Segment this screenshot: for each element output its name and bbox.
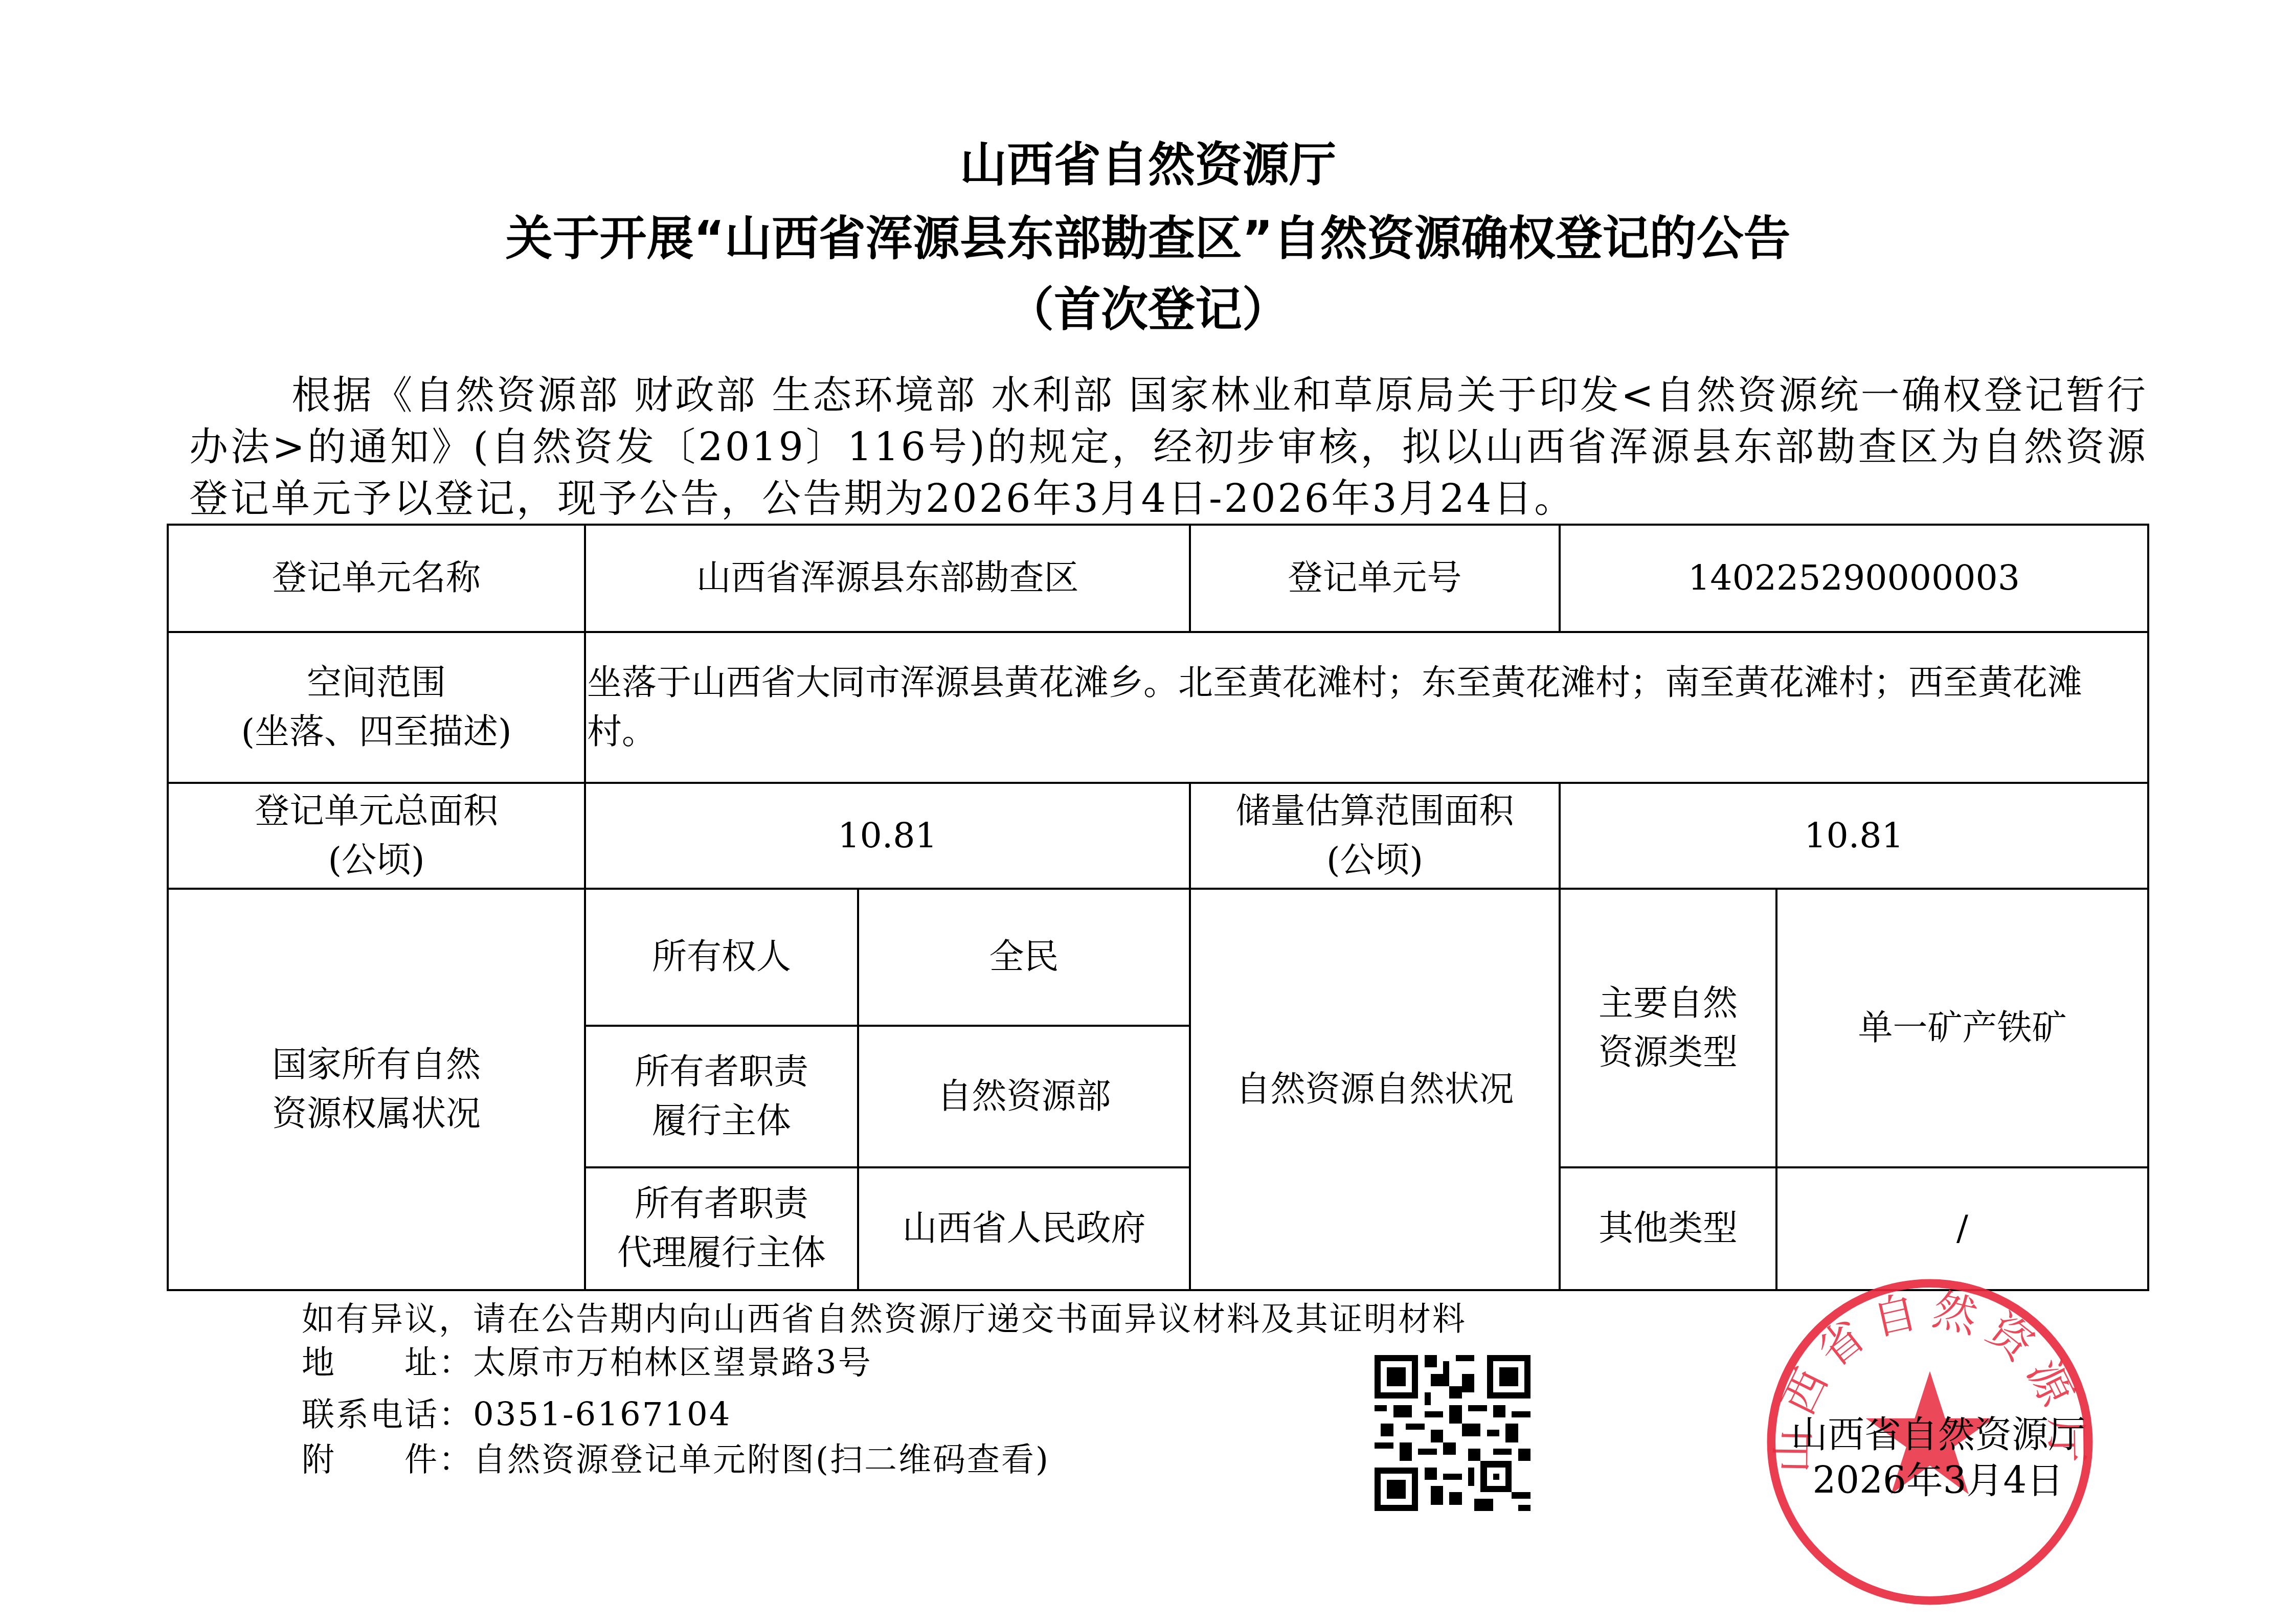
table-row: 登记单元名称 山西省浑源县东部勘查区 登记单元号 140225290000003 — [168, 525, 2148, 632]
signature-date: 2026年3月4日 — [1754, 1457, 2122, 1503]
duty-subject-label: 所有者职责履行主体 — [585, 1026, 858, 1167]
table-row: 国家所有自然资源权属状况 所有权人 全民 自然资源自然状况 主要自然资源类型 单… — [168, 889, 2148, 1026]
qr-code-icon[interactable] — [1375, 1355, 1530, 1511]
phone-line: 联系电话：0351-6167104 — [302, 1394, 732, 1435]
objection-note: 如有异议，请在公告期内向山西省自然资源厅递交书面异议材料及其证明材料 — [302, 1299, 1467, 1340]
total-area-label-line1: 登记单元总面积 — [176, 787, 577, 836]
reserve-area-value: 10.81 — [1560, 783, 2148, 889]
attachment-label: 附 件： — [302, 1441, 473, 1479]
scope-label-line2: (坐落、四至描述) — [176, 708, 577, 757]
proxy-subject-label-line1: 所有者职责 — [593, 1180, 850, 1229]
agency-title: 山西省自然资源厅 — [0, 134, 2296, 196]
scope-label-line1: 空间范围 — [176, 659, 577, 708]
page-subtitle: （首次登记） — [0, 279, 2296, 341]
unit-name-label: 登记单元名称 — [168, 525, 585, 632]
other-type-label: 其他类型 — [1560, 1167, 1776, 1290]
natural-status-label: 自然资源自然状况 — [1190, 889, 1560, 1290]
intro-paragraph: 根据《自然资源部 财政部 生态环境部 水利部 国家林业和草原局关于印发<自然资源… — [189, 369, 2148, 524]
attachment-line: 附 件：自然资源登记单元附图(扫二维码查看) — [302, 1439, 1050, 1480]
total-area-value: 10.81 — [585, 783, 1190, 889]
table-row: 登记单元总面积(公顷) 10.81 储量估算范围面积(公顷) 10.81 — [168, 783, 2148, 889]
signature-org: 山西省自然资源厅 — [1754, 1411, 2122, 1457]
unit-name-value: 山西省浑源县东部勘查区 — [585, 525, 1190, 632]
owner-label: 所有权人 — [585, 889, 858, 1026]
reserve-area-label-line1: 储量估算范围面积 — [1198, 787, 1551, 836]
phone-value: 0351-6167104 — [473, 1396, 732, 1434]
address-line: 地 址：太原市万柏林区望景路3号 — [302, 1342, 872, 1383]
scope-value: 坐落于山西省大同市浑源县黄花滩乡。北至黄花滩村；东至黄花滩村；南至黄花滩村；西至… — [585, 632, 2148, 783]
total-area-label-line2: (公顷) — [176, 836, 577, 885]
table-row: 空间范围(坐落、四至描述) 坐落于山西省大同市浑源县黄花滩乡。北至黄花滩村；东至… — [168, 632, 2148, 783]
owner-value: 全民 — [858, 889, 1190, 1026]
address-value: 太原市万柏林区望景路3号 — [473, 1344, 872, 1382]
proxy-subject-label-line2: 代理履行主体 — [593, 1229, 850, 1278]
main-type-label-line2: 资源类型 — [1568, 1028, 1768, 1077]
unit-no-value: 140225290000003 — [1560, 525, 2148, 632]
unit-no-label: 登记单元号 — [1190, 525, 1560, 632]
registration-table: 登记单元名称 山西省浑源县东部勘查区 登记单元号 140225290000003… — [167, 524, 2149, 1291]
scope-label: 空间范围(坐落、四至描述) — [168, 632, 585, 783]
intro-text: 根据《自然资源部 财政部 生态环境部 水利部 国家林业和草原局关于印发<自然资源… — [189, 372, 2148, 521]
proxy-subject-label: 所有者职责代理履行主体 — [585, 1167, 858, 1290]
main-type-value: 单一矿产铁矿 — [1776, 889, 2148, 1167]
other-type-value: / — [1776, 1167, 2148, 1290]
ownership-label: 国家所有自然资源权属状况 — [168, 889, 585, 1290]
proxy-subject-value: 山西省人民政府 — [858, 1167, 1190, 1290]
address-label: 地 址： — [302, 1344, 473, 1382]
phone-label: 联系电话： — [302, 1396, 473, 1434]
reserve-area-label-line2: (公顷) — [1198, 836, 1551, 885]
reserve-area-label: 储量估算范围面积(公顷) — [1190, 783, 1560, 889]
ownership-label-line2: 资源权属状况 — [176, 1090, 577, 1139]
attachment-value: 自然资源登记单元附图(扫二维码查看) — [473, 1441, 1050, 1479]
duty-subject-label-line1: 所有者职责 — [593, 1048, 850, 1097]
duty-subject-value: 自然资源部 — [858, 1026, 1190, 1167]
duty-subject-label-line2: 履行主体 — [593, 1097, 850, 1146]
page-title: 关于开展“山西省浑源县东部勘查区”自然资源确权登记的公告 — [0, 208, 2296, 269]
total-area-label: 登记单元总面积(公顷) — [168, 783, 585, 889]
main-type-label: 主要自然资源类型 — [1560, 889, 1776, 1167]
main-type-label-line1: 主要自然 — [1568, 979, 1768, 1028]
ownership-label-line1: 国家所有自然 — [176, 1041, 577, 1090]
